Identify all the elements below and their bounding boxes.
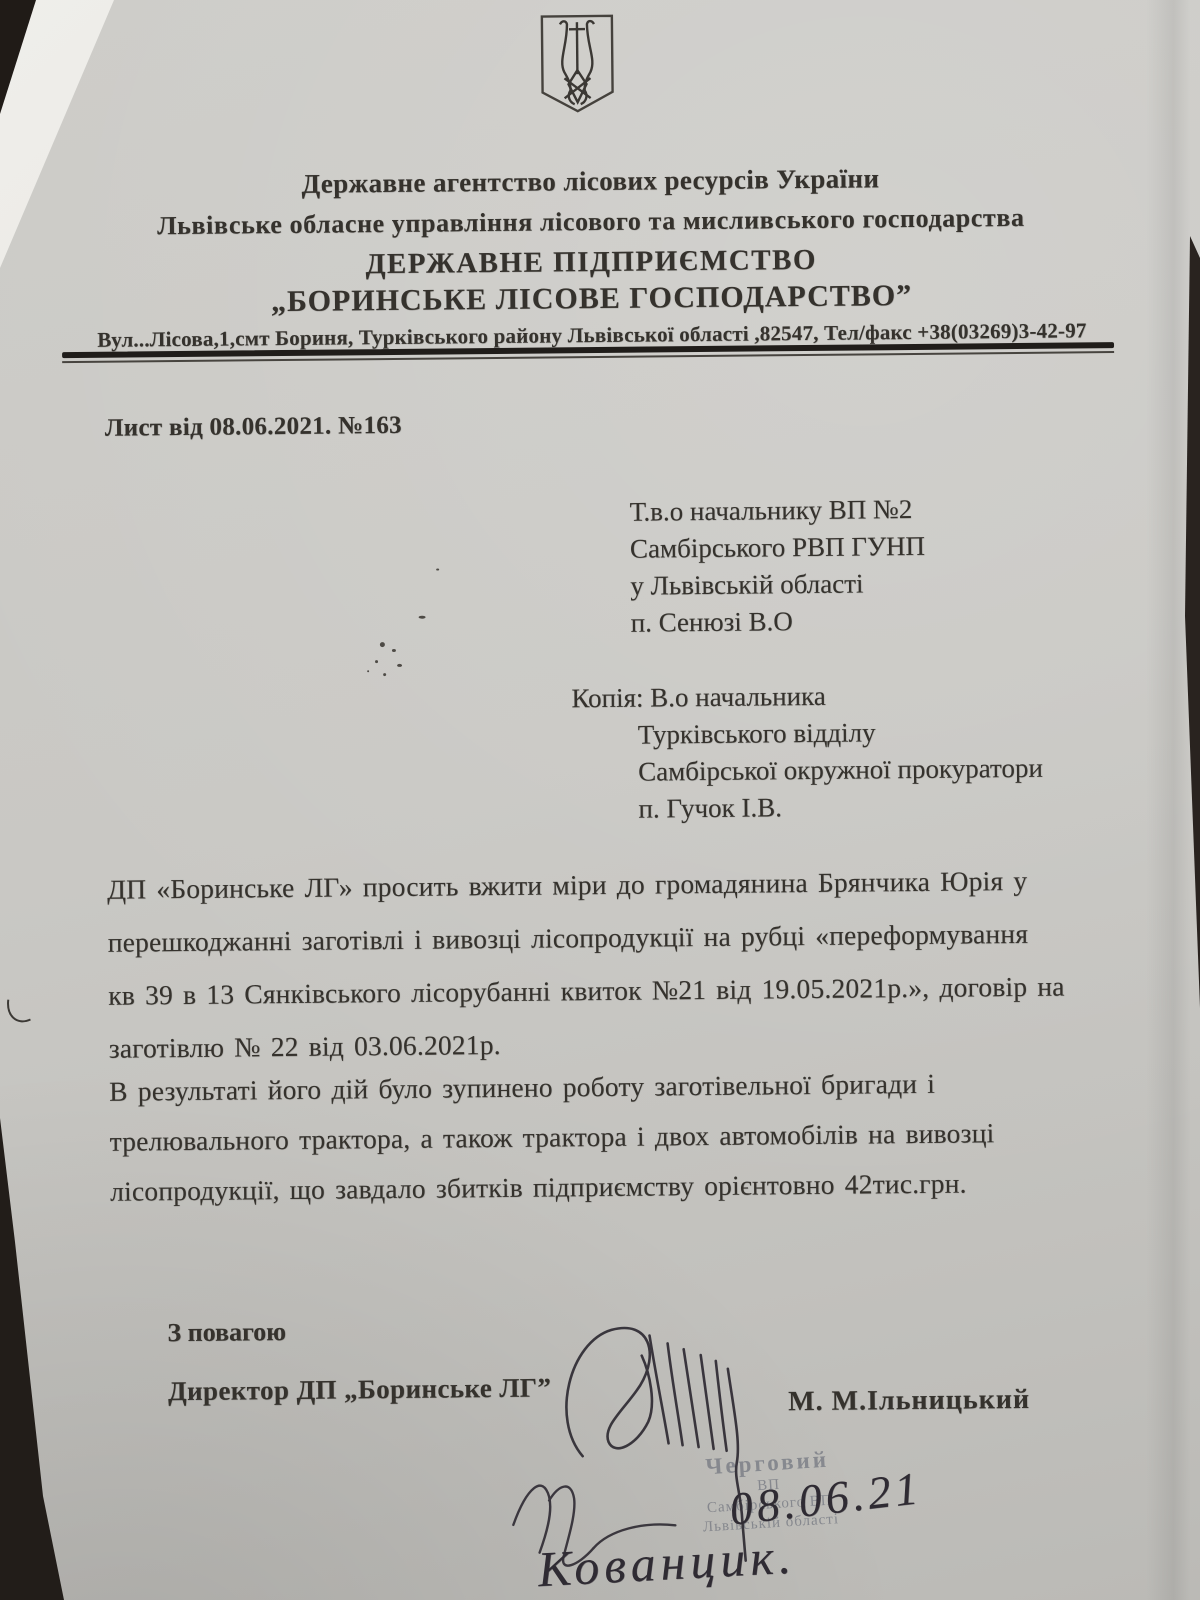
closing-regards: З повагою xyxy=(167,1317,286,1348)
recipient-line: Т.в.о начальнику ВП №2 xyxy=(629,491,924,531)
agency-name-line2: Львівське обласне управління лісового та… xyxy=(55,202,1127,242)
body-paragraph-2: В результаті його дій було зупинено робо… xyxy=(109,1057,1142,1217)
recipient-line: п. Сенюзі В.О xyxy=(631,602,926,642)
copy-line: Самбірської окружної прокуратори xyxy=(638,750,1043,791)
agency-name-line1: Державне агентство лісових ресурсів Укра… xyxy=(54,161,1126,202)
copy-line: п. Гучок І.В. xyxy=(638,787,1043,828)
letter-content: Державне агентство лісових ресурсів Укра… xyxy=(0,0,1200,1600)
signer-title: Директор ДП „Боринське ЛГ” xyxy=(168,1372,552,1407)
body-line: трелювального трактора, а також трактора… xyxy=(109,1107,1141,1167)
copy-label: Копія: xyxy=(571,683,643,714)
copy-recipient-block: Копія: В.о начальника Турківського відді… xyxy=(571,676,1043,829)
body-paragraph-1: ДП «Боринське ЛГ» просить вжити міри до … xyxy=(107,853,1141,1075)
body-line: кв 39 в 13 Сянківського лісорубанні квит… xyxy=(108,959,1140,1022)
body-line: перешкоджанні заготівлі і вивозці лісопр… xyxy=(107,906,1139,969)
copy-line: В.о начальника xyxy=(650,681,826,713)
recipient-block: Т.в.о начальнику ВП №2 Самбірського РВП … xyxy=(629,491,925,642)
recipient-line: Самбірського РВП ГУНП xyxy=(630,528,925,568)
ukraine-trident-emblem xyxy=(536,12,619,117)
enterprise-name: „БОРИНСЬКЕ ЛІСОВЕ ГОСПОДАРСТВО” xyxy=(55,277,1127,321)
reference-line: Лист від 08.06.2021. №163 xyxy=(105,412,402,443)
handwritten-name: Кованцик. xyxy=(536,1527,797,1599)
document-photo: Державне агентство лісових ресурсів Укра… xyxy=(0,0,1200,1600)
copy-line: Турківського відділу xyxy=(638,713,1043,754)
stray-pen-mark xyxy=(4,997,44,1033)
body-line: ДП «Боринське ЛГ» просить вжити міри до … xyxy=(107,853,1139,916)
body-line: лісопродукції, що завдало збитків підпри… xyxy=(110,1157,1142,1217)
signer-name: М. М.Ільницький xyxy=(788,1384,1030,1418)
letterhead: Державне агентство лісових ресурсів Укра… xyxy=(54,161,1128,353)
recipient-line: у Львівській області xyxy=(630,565,925,605)
